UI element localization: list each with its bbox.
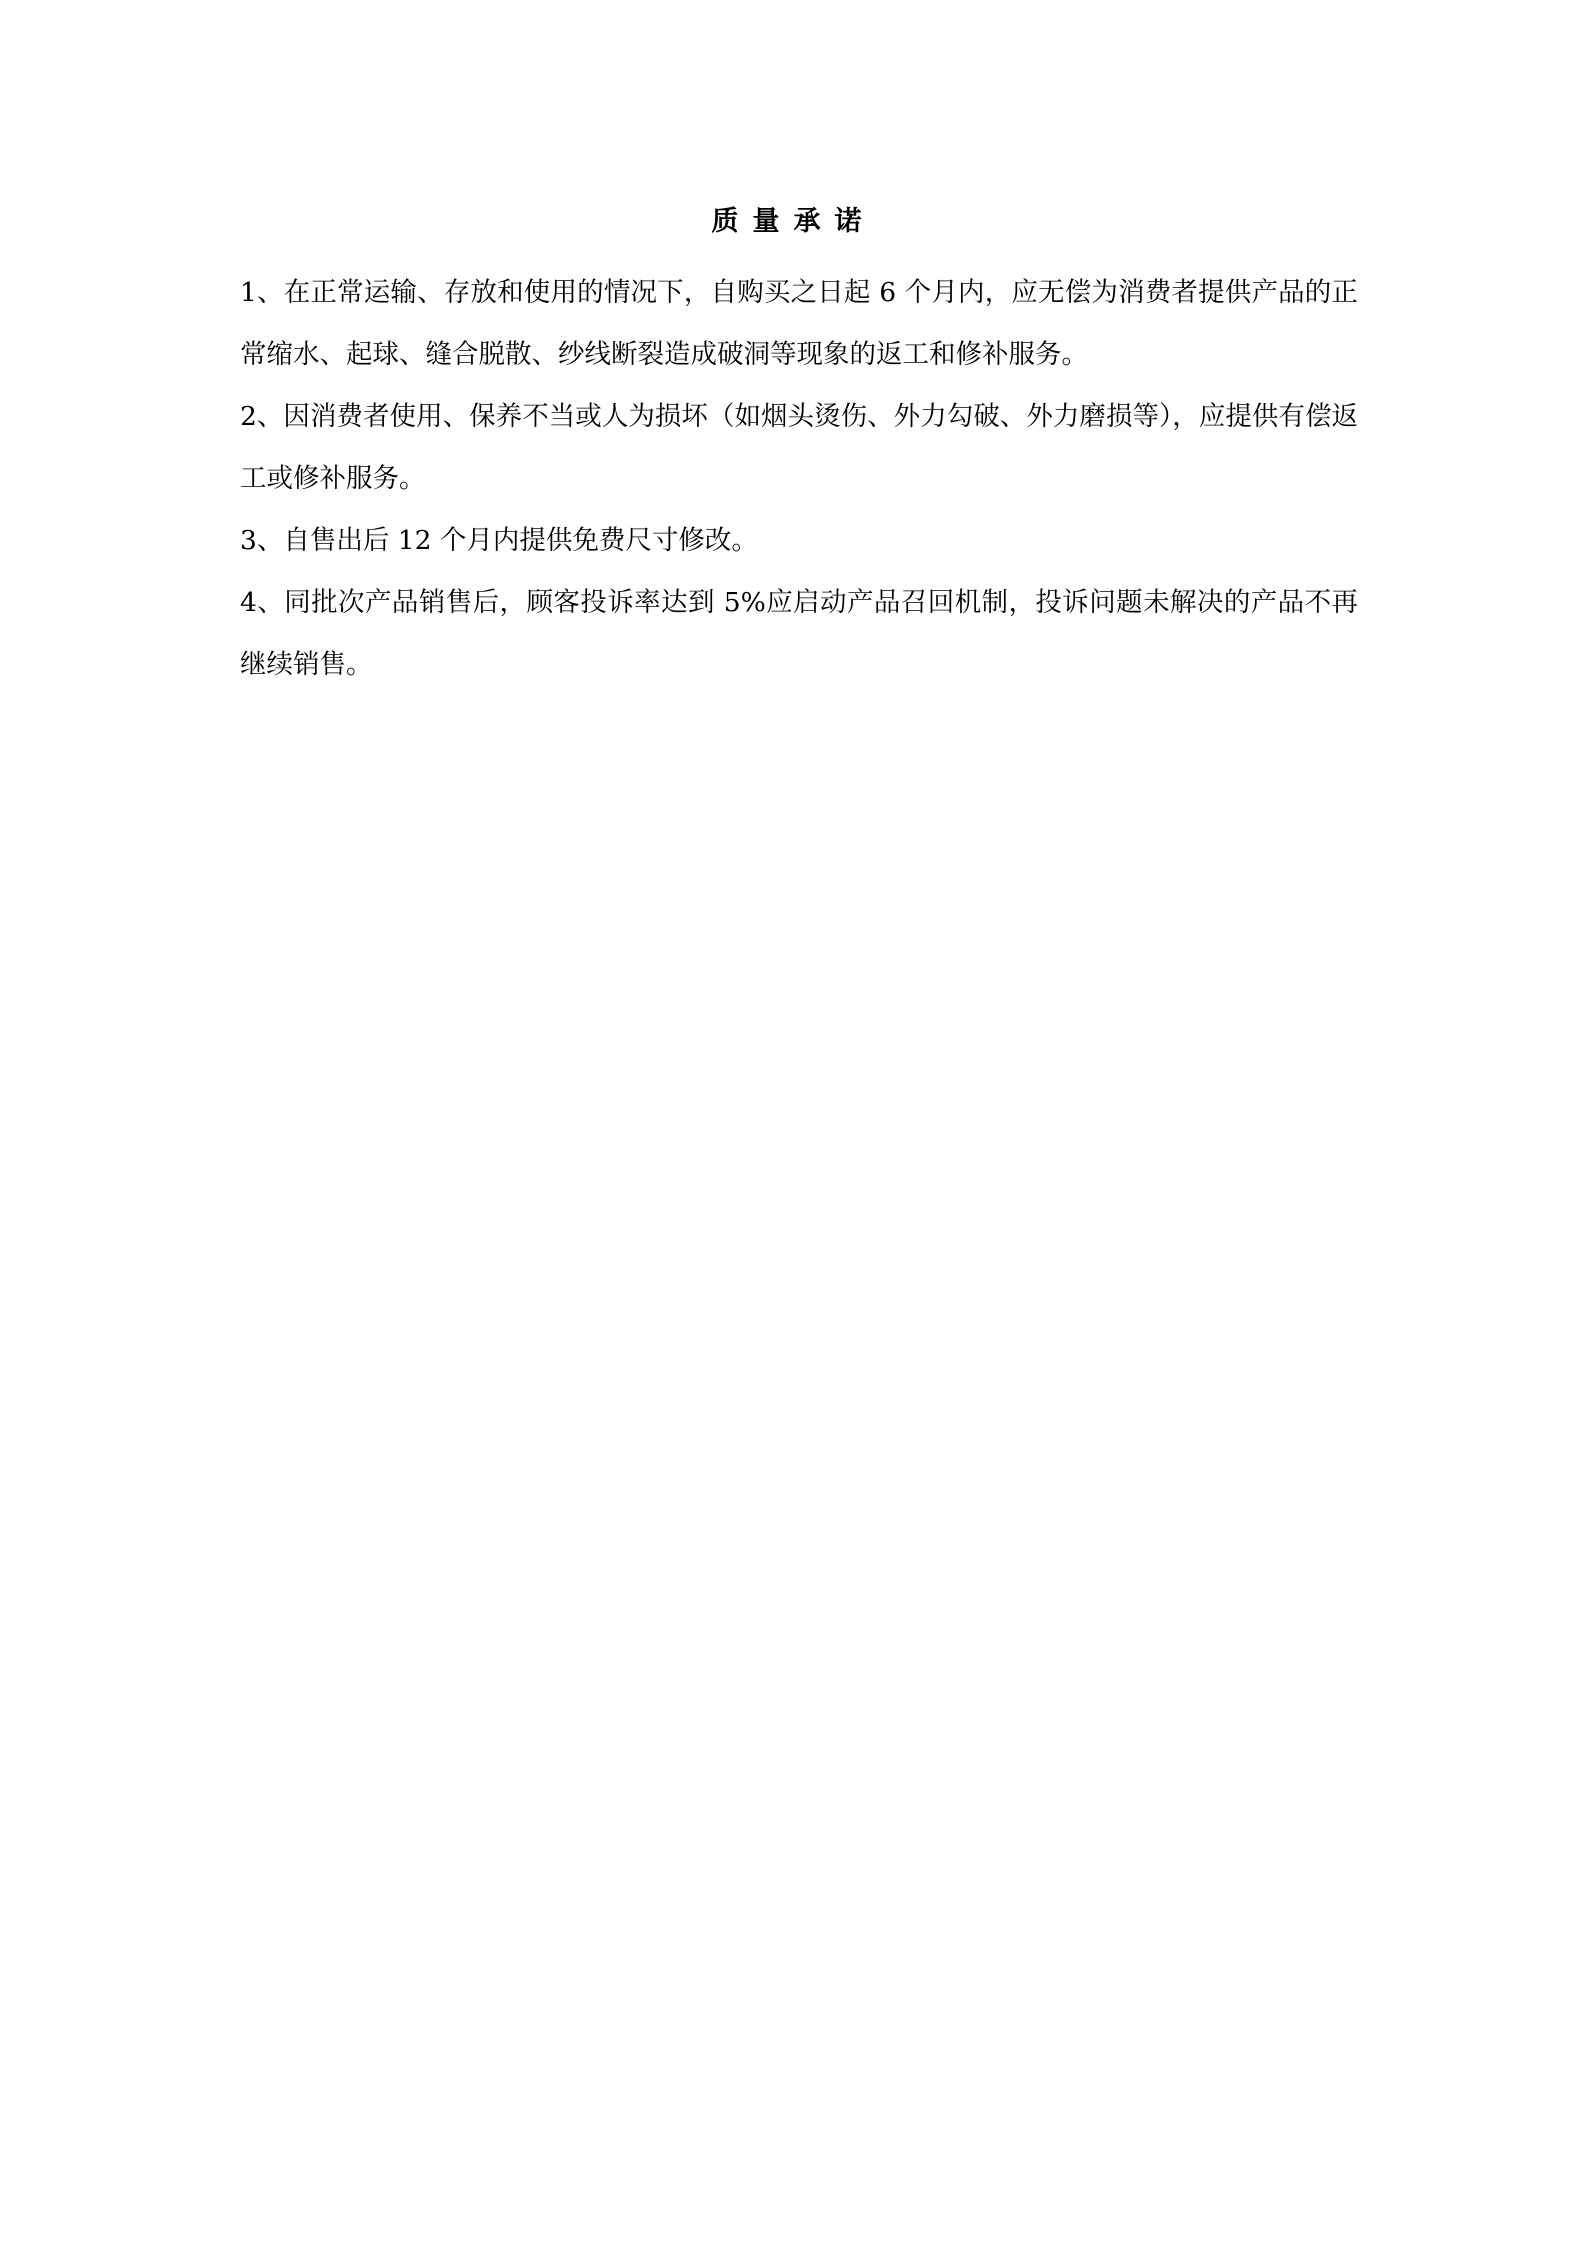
document-page: 质量承诺 1、在正常运输、存放和使用的情况下，自购买之日起 6 个月内，应无偿为… [0,0,1587,2245]
paragraph-4: 4、同批次产品销售后，顾客投诉率达到 5%应启动产品召回机制，投诉问题未解决的产… [240,572,1358,696]
paragraph-2: 2、因消费者使用、保养不当或人为损坏（如烟头烫伤、外力勾破、外力磨损等），应提供… [240,386,1358,510]
document-title: 质量承诺 [0,202,1587,242]
document-body: 1、在正常运输、存放和使用的情况下，自购买之日起 6 个月内，应无偿为消费者提供… [240,262,1358,696]
paragraph-3: 3、自售出后 12 个月内提供免费尺寸修改。 [240,510,1358,572]
paragraph-1: 1、在正常运输、存放和使用的情况下，自购买之日起 6 个月内，应无偿为消费者提供… [240,262,1358,386]
